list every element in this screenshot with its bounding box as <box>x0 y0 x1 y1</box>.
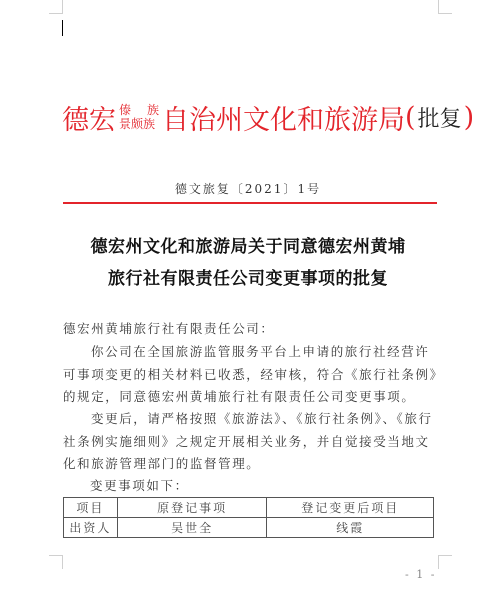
masthead-ethnic-groups: 傣 族 景颇族 <box>119 103 159 131</box>
table-header-original: 原登记事项 <box>117 498 267 518</box>
paragraph-1: 你公司在全国旅游监管服务平台上申请的旅行社经营许可事项变更的相关材料已收悉，经审… <box>63 341 441 409</box>
page-corner-mark-top-left <box>49 0 63 14</box>
masthead-doc-type: 批复 <box>418 102 462 133</box>
salutation: 德宏州黄埔旅行社有限责任公司： <box>63 318 441 341</box>
masthead-paren-open: ( <box>405 102 416 133</box>
table-cell: 吴世全 <box>117 518 267 538</box>
table-header-item: 项目 <box>64 498 118 518</box>
masthead-ethnic-jingpo: 景颇族 <box>119 117 159 131</box>
page-number: - 1 - <box>405 568 436 581</box>
text-cursor <box>62 20 63 36</box>
page-corner-mark-bottom-right <box>438 555 452 569</box>
document-title-line1: 德宏州文化和旅游局关于同意德宏州黄埔 <box>0 232 496 257</box>
changes-table: 项目 原登记事项 登记变更后项目 出资人 吴世全 线霞 <box>63 497 434 538</box>
table-cell: 线霞 <box>267 518 434 538</box>
paragraph-2: 变更后，请严格按照《旅游法》、《旅行社条例》、《旅行社条例实施细则》之规定开展相… <box>63 408 441 476</box>
red-divider-line <box>63 202 437 204</box>
document-masthead: 德宏 傣 族 景颇族 自治州文化和旅游局 ( 批复 ) <box>62 92 442 142</box>
document-number: 德文旅复〔2021〕1号 <box>0 180 496 197</box>
document-title-line2: 旅行社有限责任公司变更事项的批复 <box>0 264 496 289</box>
masthead-paren-close: ) <box>464 102 475 133</box>
masthead-prefix: 德宏 <box>62 98 116 137</box>
table-row: 出资人 吴世全 线霞 <box>64 518 434 538</box>
page-corner-mark-bottom-left <box>49 555 63 569</box>
masthead-main: 自治州文化和旅游局 <box>162 98 405 137</box>
page-corner-mark-top-right <box>438 0 452 14</box>
masthead-ethnic-zu: 族 <box>147 103 159 117</box>
masthead-ethnic-dai: 傣 <box>119 103 131 117</box>
table-header-changed: 登记变更后项目 <box>267 498 434 518</box>
paragraph-3: 变更事项如下： <box>90 475 468 498</box>
table-header-row: 项目 原登记事项 登记变更后项目 <box>64 498 434 518</box>
table-cell: 出资人 <box>64 518 118 538</box>
